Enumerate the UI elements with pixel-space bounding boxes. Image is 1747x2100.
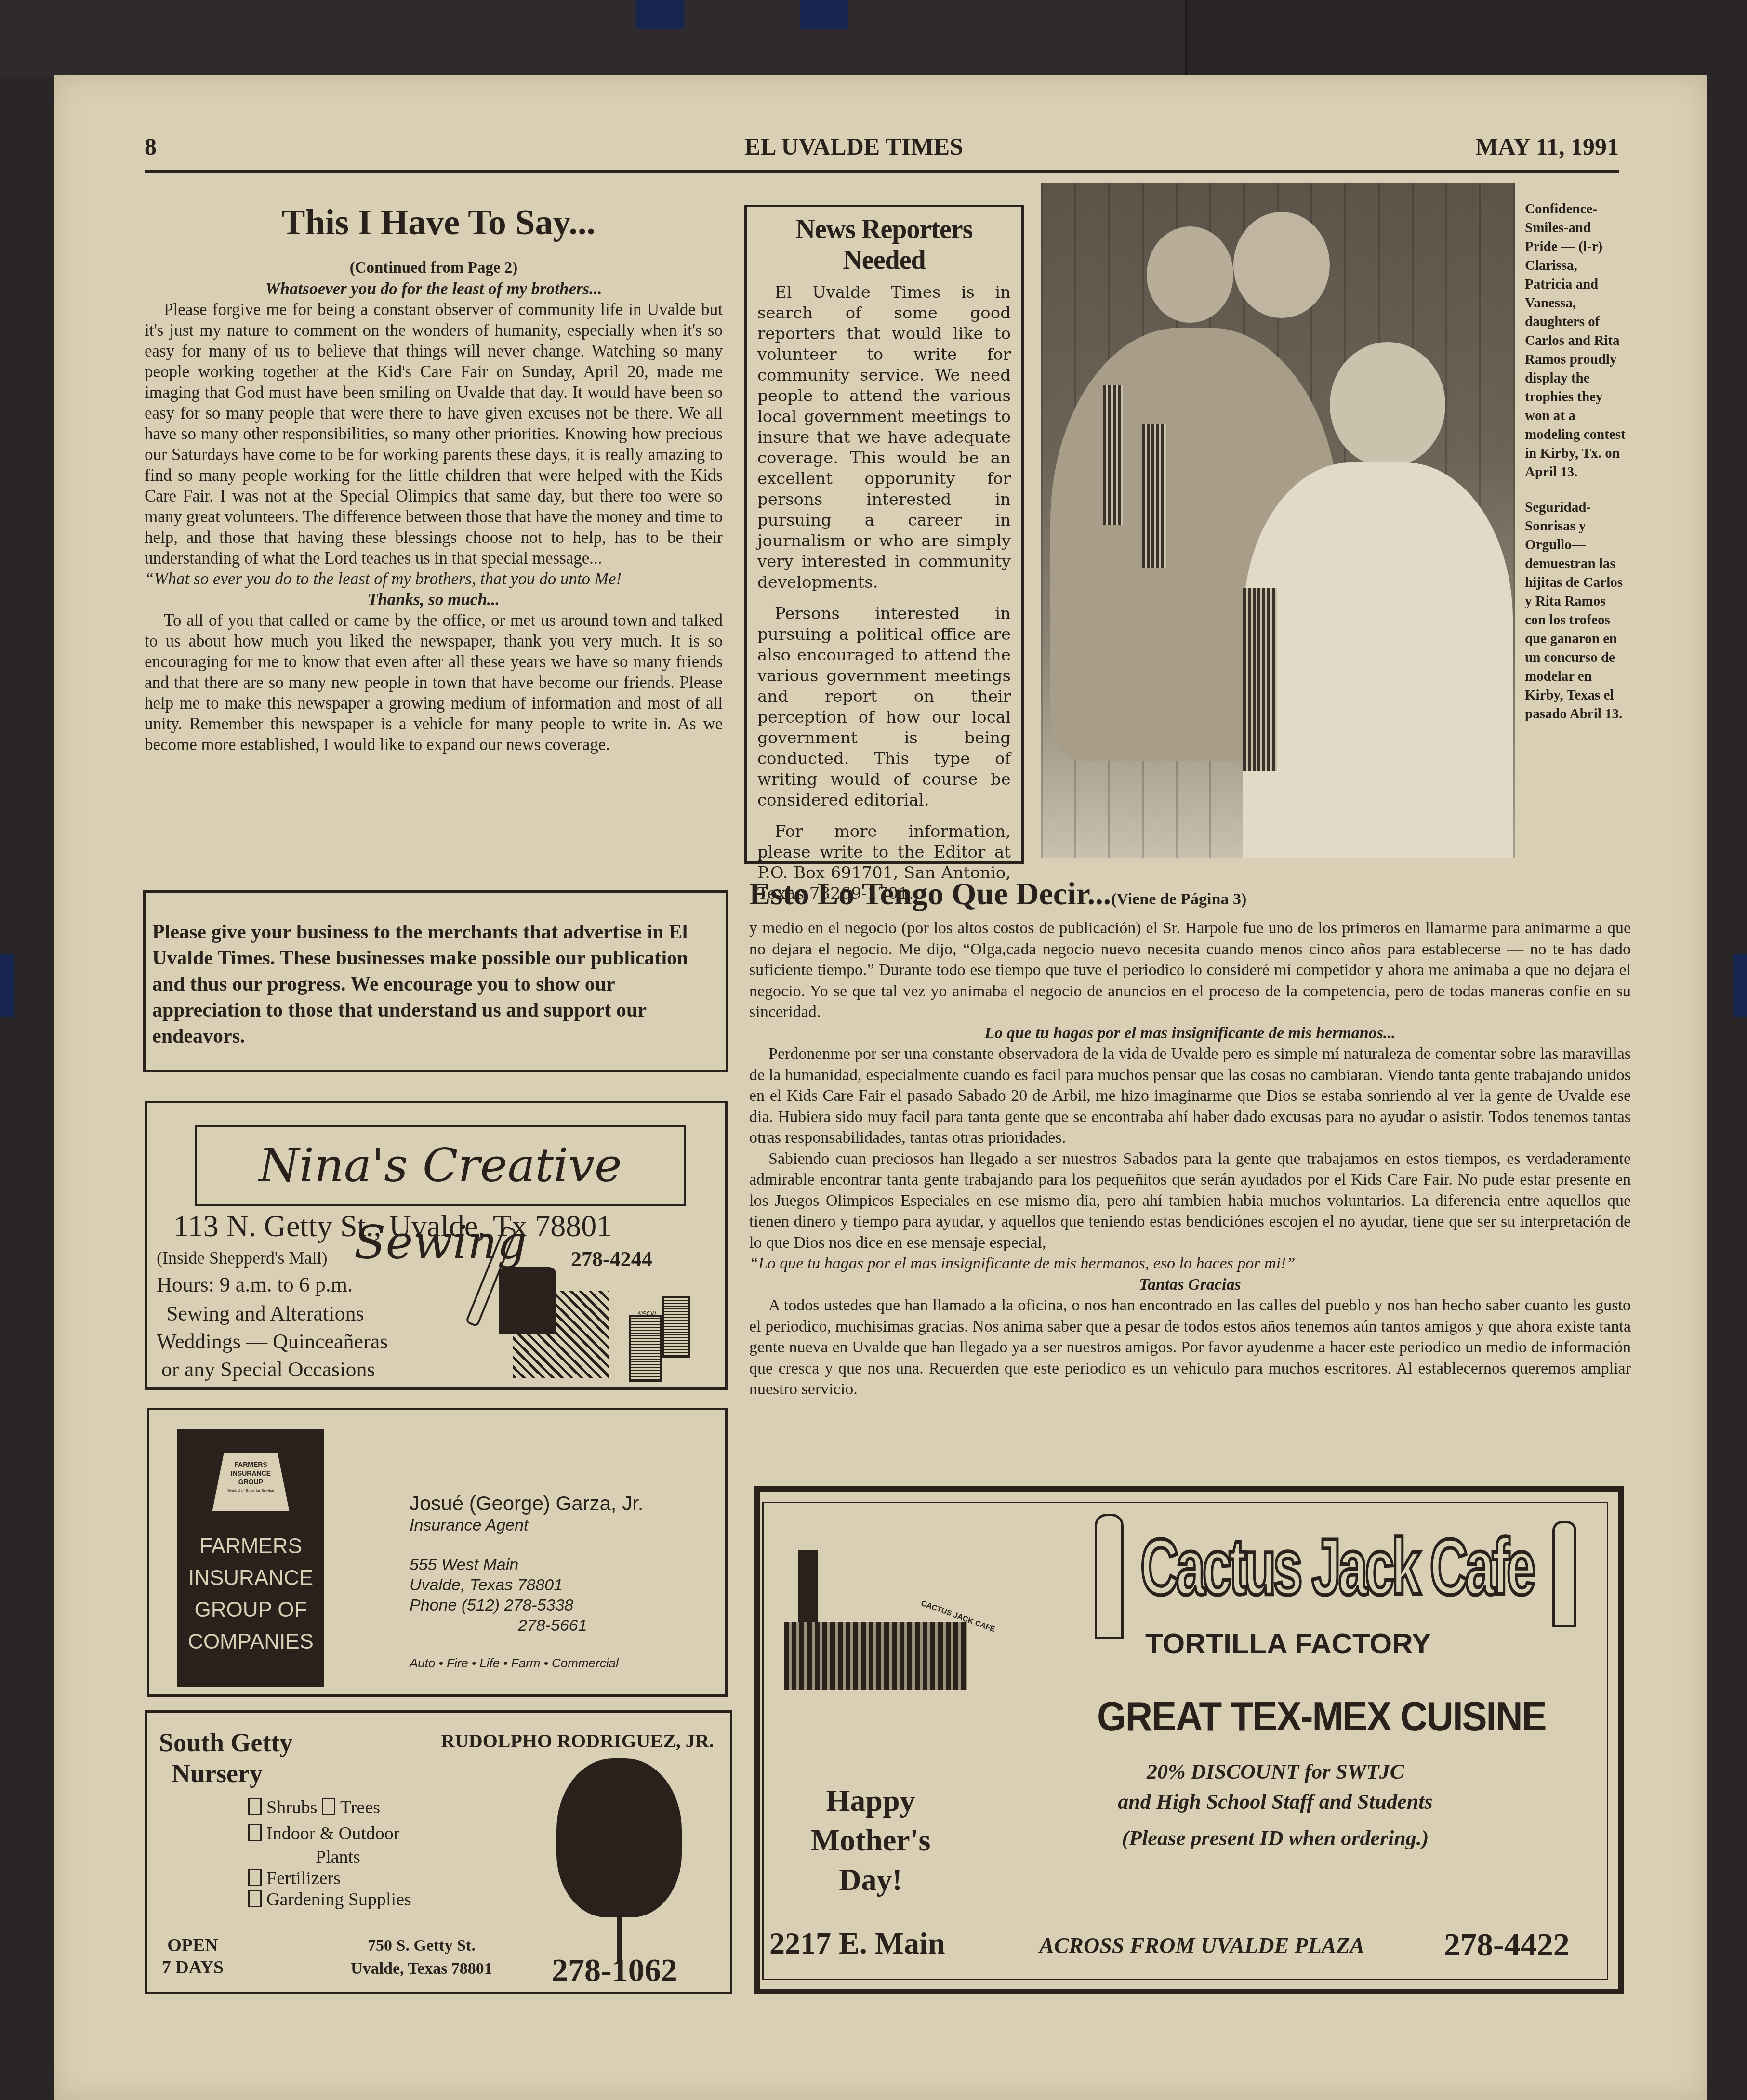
checkbox-icon (248, 1798, 262, 1815)
fabric-icon (513, 1291, 609, 1378)
cafe-phone: 278-4422 (1444, 1926, 1570, 1964)
cactus-icon (1552, 1521, 1576, 1627)
ad-farmers-insurance: FARMERS INSURANCE GROUP Symbol of Superi… (147, 1408, 728, 1697)
ad-hours: Hours: 9 a.m. to 6 p.m. (157, 1271, 325, 1299)
nursery-items: Shrubs Trees Indoor & Outdoor Plants Fer… (248, 1795, 411, 1910)
cactus-jack-logo: Cactus Jack Cafe (1140, 1521, 1533, 1613)
ad-location: (Inside Shepperd's Mall) (157, 1248, 327, 1268)
ad-south-getty-nursery: South Getty Nursery RUDOLPHO RODRIGUEZ, … (145, 1710, 732, 1994)
editorial-thanks: Tantas Gracias (749, 1274, 1631, 1295)
agent-title: Insurance Agent (410, 1516, 528, 1535)
sign-pole (798, 1550, 818, 1627)
scanner-background (0, 0, 339, 77)
editorial-paragraph: A todos ustedes que han llamado a la ofi… (749, 1295, 1631, 1400)
ad-service-line: Sewing and Alterations (166, 1300, 284, 1328)
agent-phone: Phone (512) 278-5338 (410, 1595, 587, 1615)
trophy-icon (1243, 588, 1277, 771)
ad-ninas-creative-sewing: Nina's Creative Sewing 113 N. Getty St.,… (145, 1101, 728, 1390)
trophy-icon (1142, 424, 1166, 568)
ad-headline: GREAT TEX-MEX CUISINE (1097, 1692, 1546, 1740)
continued-note: (Viene de Página 3) (1111, 890, 1246, 908)
cactus-icon (1095, 1514, 1124, 1639)
girl-face-vanessa (1330, 342, 1445, 467)
news-reporters-paragraph: Persons interested in pursuing a politic… (757, 604, 1011, 811)
caption-english: Confidence-Smiles-and Pride — (l-r) Clar… (1525, 200, 1626, 482)
thread-spool-icon (629, 1315, 662, 1382)
nursery-address: 750 S. Getty St. Uvalde, Texas 78801 (344, 1934, 499, 1981)
tree-icon (556, 1758, 682, 1917)
girl-face-clarissa (1147, 226, 1233, 323)
caption-spanish: Seguridad-Sonrisas y Orgullo— demuestran… (1525, 498, 1626, 724)
farmers-logo-text: FARMERS (177, 1531, 324, 1562)
farmers-logo-panel: FARMERS INSURANCE GROUP Symbol of Superi… (177, 1429, 324, 1687)
agent-name: Josué (George) Garza, Jr. (410, 1492, 644, 1515)
binder-tab (636, 0, 684, 29)
news-reporters-title: News Reporters Needed (757, 214, 1011, 276)
storefront-photo (784, 1622, 967, 1690)
thread-spool-icon (662, 1296, 690, 1358)
merchants-notice: Please give your business to the merchan… (143, 890, 728, 1072)
ad-logo: Nina's Creative Sewing (195, 1125, 686, 1206)
checkbox-icon (248, 1824, 262, 1841)
binder-tab (1733, 954, 1747, 1017)
farmers-logo-text: INSURANCE (177, 1562, 324, 1594)
scanner-background (337, 0, 763, 77)
editorial-paragraph: Please forgive me for being a constant o… (145, 299, 723, 568)
binder-tab (800, 0, 848, 29)
masthead: EL UVALDE TIMES (744, 132, 963, 160)
editorial-paragraph: Sabiendo cuan preciosos han llegado a se… (749, 1149, 1631, 1254)
editorial-subhead: Lo que tu hagas por el mas insignificant… (749, 1023, 1631, 1044)
editorial-subhead: Whatsoever you do for the least of my br… (145, 278, 723, 299)
spanish-editorial-body: y medio en el negocio (por los altos cos… (749, 918, 1631, 1400)
binder-tab (0, 954, 14, 1017)
checkbox-icon (248, 1890, 262, 1907)
agent-address: 555 West Main Uvalde, Texas 78801 Phone … (410, 1555, 587, 1636)
nursery-hours: OPEN 7 DAYS (159, 1934, 226, 1979)
nursery-phone: 278-1062 (552, 1951, 677, 1989)
insurance-services: Auto • Fire • Life • Farm • Commercial (410, 1656, 619, 1671)
ad-phone: 278-4244 (571, 1247, 652, 1271)
ad-subtitle: TORTILLA FACTORY (1145, 1627, 1431, 1660)
girl-face-patricia (1233, 212, 1330, 318)
issue-date: MAY 11, 1991 (1475, 132, 1619, 160)
news-reporters-box: News Reporters Needed El Uvalde Times is… (744, 205, 1024, 864)
cafe-landmark: ACROSS FROM UVALDE PLAZA (1039, 1933, 1364, 1958)
checkbox-icon (248, 1869, 262, 1886)
farmers-logo-text: GROUP OF (177, 1594, 324, 1626)
ad-service-line: Weddings — Quinceañeras (157, 1328, 284, 1356)
photo-caption: Confidence-Smiles-and Pride — (l-r) Clar… (1525, 200, 1626, 740)
page-header: 8 EL UVALDE TIMES MAY 11, 1991 (145, 132, 1619, 166)
spanish-editorial-title: Esto Lo Tengo Que Decir...(Viene de Pági… (749, 876, 1631, 912)
news-reporters-paragraph: El Uvalde Times is in search of some goo… (757, 282, 1011, 593)
editorial-thanks: Thanks, so much... (145, 589, 723, 610)
editorial-quote: “What so ever you do to the least of my … (145, 568, 723, 589)
nursery-owner: RUDOLPHO RODRIGUEZ, JR. (441, 1730, 714, 1752)
editorial-title: This I Have To Say... (145, 202, 732, 243)
art-credit: ©SCW (638, 1310, 656, 1317)
page-number: 8 (145, 132, 157, 160)
trophy-icon (1103, 385, 1123, 525)
editorial-body: (Continued from Page 2) Whatsoever you d… (145, 258, 723, 755)
editorial-paragraph: y medio en el negocio (por los altos cos… (749, 918, 1631, 1023)
mothers-day-greeting: Happy Mother's Day! (794, 1781, 948, 1900)
farmers-shield-icon: FARMERS INSURANCE GROUP Symbol of Superi… (212, 1453, 290, 1511)
dress (1243, 462, 1513, 858)
continued-note: (Continued from Page 2) (145, 258, 723, 278)
nursery-name: South Getty Nursery (159, 1727, 293, 1789)
farmers-logo-text: COMPANIES (177, 1626, 324, 1658)
header-rule (145, 170, 1619, 173)
ad-cactus-jack-cafe: CACTUS JACK CAFE Cactus Jack Cafe TORTIL… (754, 1486, 1624, 1994)
editorial-quote: “Lo que tu hagas por el mas insignifican… (749, 1253, 1631, 1274)
ad-service-line: or any Special Occasions (161, 1356, 284, 1384)
cafe-address: 2217 E. Main (769, 1926, 945, 1961)
ad-address: 113 N. Getty St., Uvalde, Tx 78801 (173, 1208, 612, 1244)
editorial-paragraph: Perdonenme por ser una constante observa… (749, 1043, 1631, 1149)
agent-phone-2: 278-5661 (410, 1615, 587, 1636)
photo-ramos-girls (1041, 183, 1515, 858)
ad-discount: 20% DISCOUNT for SWTJC and High School S… (1097, 1757, 1454, 1853)
editorial-paragraph: To all of you that called or came by the… (145, 610, 723, 755)
checkbox-icon (322, 1798, 335, 1815)
